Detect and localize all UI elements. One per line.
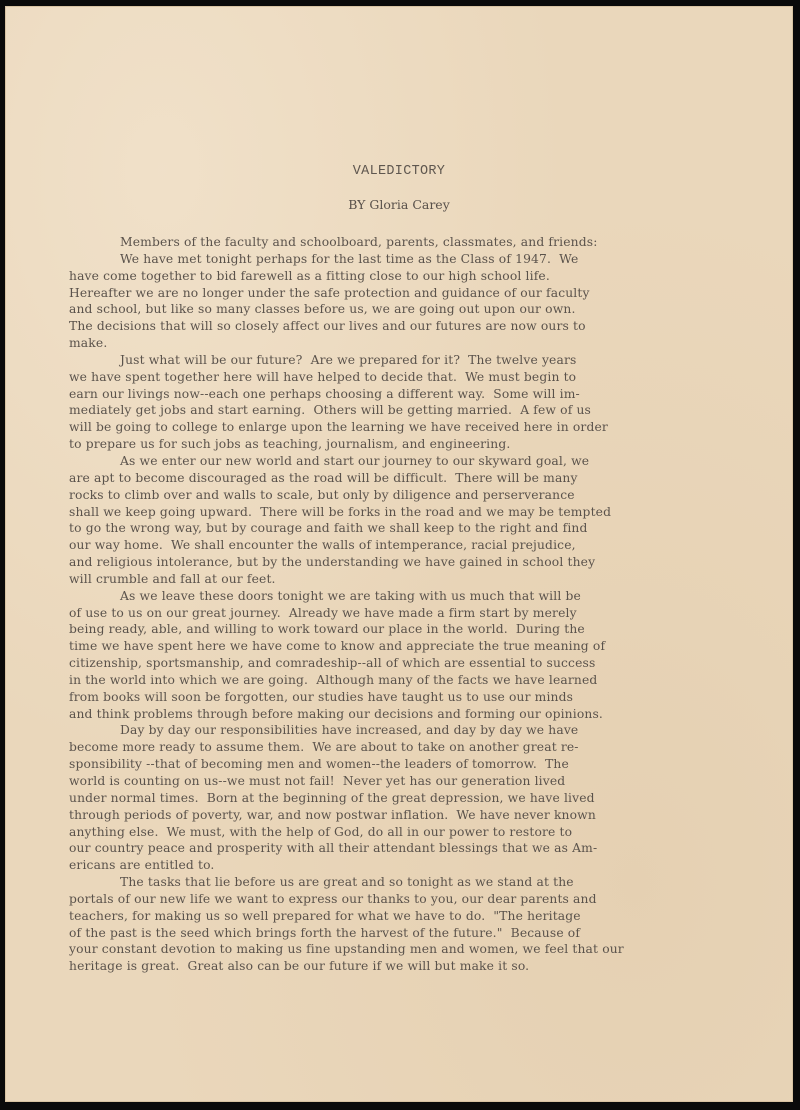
body-line: The decisions that will so closely affec… [69, 318, 734, 335]
document-body: Members of the faculty and schoolboard, … [69, 234, 734, 975]
body-line: The tasks that lie before us are great a… [69, 874, 734, 891]
body-line: Members of the faculty and schoolboard, … [69, 234, 734, 251]
body-line: mediately get jobs and start earning. Ot… [69, 402, 734, 419]
body-line: and think problems through before making… [69, 706, 734, 723]
body-line: As we leave these doors tonight we are t… [69, 588, 734, 605]
body-line: Day by day our responsibilities have inc… [69, 722, 734, 739]
body-line: make. [69, 335, 734, 352]
body-line: have come together to bid farewell as a … [69, 268, 734, 285]
body-line: our country peace and prosperity with al… [69, 840, 734, 857]
body-line: being ready, able, and willing to work t… [69, 621, 734, 638]
body-line: portals of our new life we want to expre… [69, 891, 734, 908]
body-line: anything else. We must, with the help of… [69, 824, 734, 841]
document-byline: BY Gloria Carey [5, 197, 793, 212]
body-line: and school, but like so many classes bef… [69, 301, 734, 318]
document-title: VALEDICTORY [5, 164, 793, 179]
body-line: we have spent together here will have he… [69, 369, 734, 386]
body-line: sponsibility --that of becoming men and … [69, 756, 734, 773]
body-line: from books will soon be forgotten, our s… [69, 689, 734, 706]
body-line: We have met tonight perhaps for the last… [69, 251, 734, 268]
body-line: your constant devotion to making us fine… [69, 941, 734, 958]
body-line: Just what will be our future? Are we pre… [69, 352, 734, 369]
body-line: in the world into which we are going. Al… [69, 672, 734, 689]
body-line: shall we keep going upward. There will b… [69, 504, 734, 521]
body-line: heritage is great. Great also can be our… [69, 958, 734, 975]
body-line: of use to us on our great journey. Alrea… [69, 605, 734, 622]
body-line: will be going to college to enlarge upon… [69, 419, 734, 436]
body-line: are apt to become discouraged as the roa… [69, 470, 734, 487]
body-line: teachers, for making us so well prepared… [69, 908, 734, 925]
body-line: rocks to climb over and walls to scale, … [69, 487, 734, 504]
body-line: of the past is the seed which brings for… [69, 925, 734, 942]
body-line: to prepare us for such jobs as teaching,… [69, 436, 734, 453]
body-line: our way home. We shall encounter the wal… [69, 537, 734, 554]
body-line: earn our livings now--each one perhaps c… [69, 386, 734, 403]
body-line: As we enter our new world and start our … [69, 453, 734, 470]
body-line: world is counting on us--we must not fai… [69, 773, 734, 790]
body-line: ericans are entitled to. [69, 857, 734, 874]
body-line: become more ready to assume them. We are… [69, 739, 734, 756]
body-line: through periods of poverty, war, and now… [69, 807, 734, 824]
document-page: VALEDICTORY BY Gloria Carey Members of t… [5, 6, 793, 1102]
body-line: time we have spent here we have come to … [69, 638, 734, 655]
body-line: citizenship, sportsmanship, and comrades… [69, 655, 734, 672]
body-line: and religious intolerance, but by the un… [69, 554, 734, 571]
body-line: Hereafter we are no longer under the saf… [69, 285, 734, 302]
body-line: will crumble and fall at our feet. [69, 571, 734, 588]
body-line: under normal times. Born at the beginnin… [69, 790, 734, 807]
body-line: to go the wrong way, but by courage and … [69, 520, 734, 537]
